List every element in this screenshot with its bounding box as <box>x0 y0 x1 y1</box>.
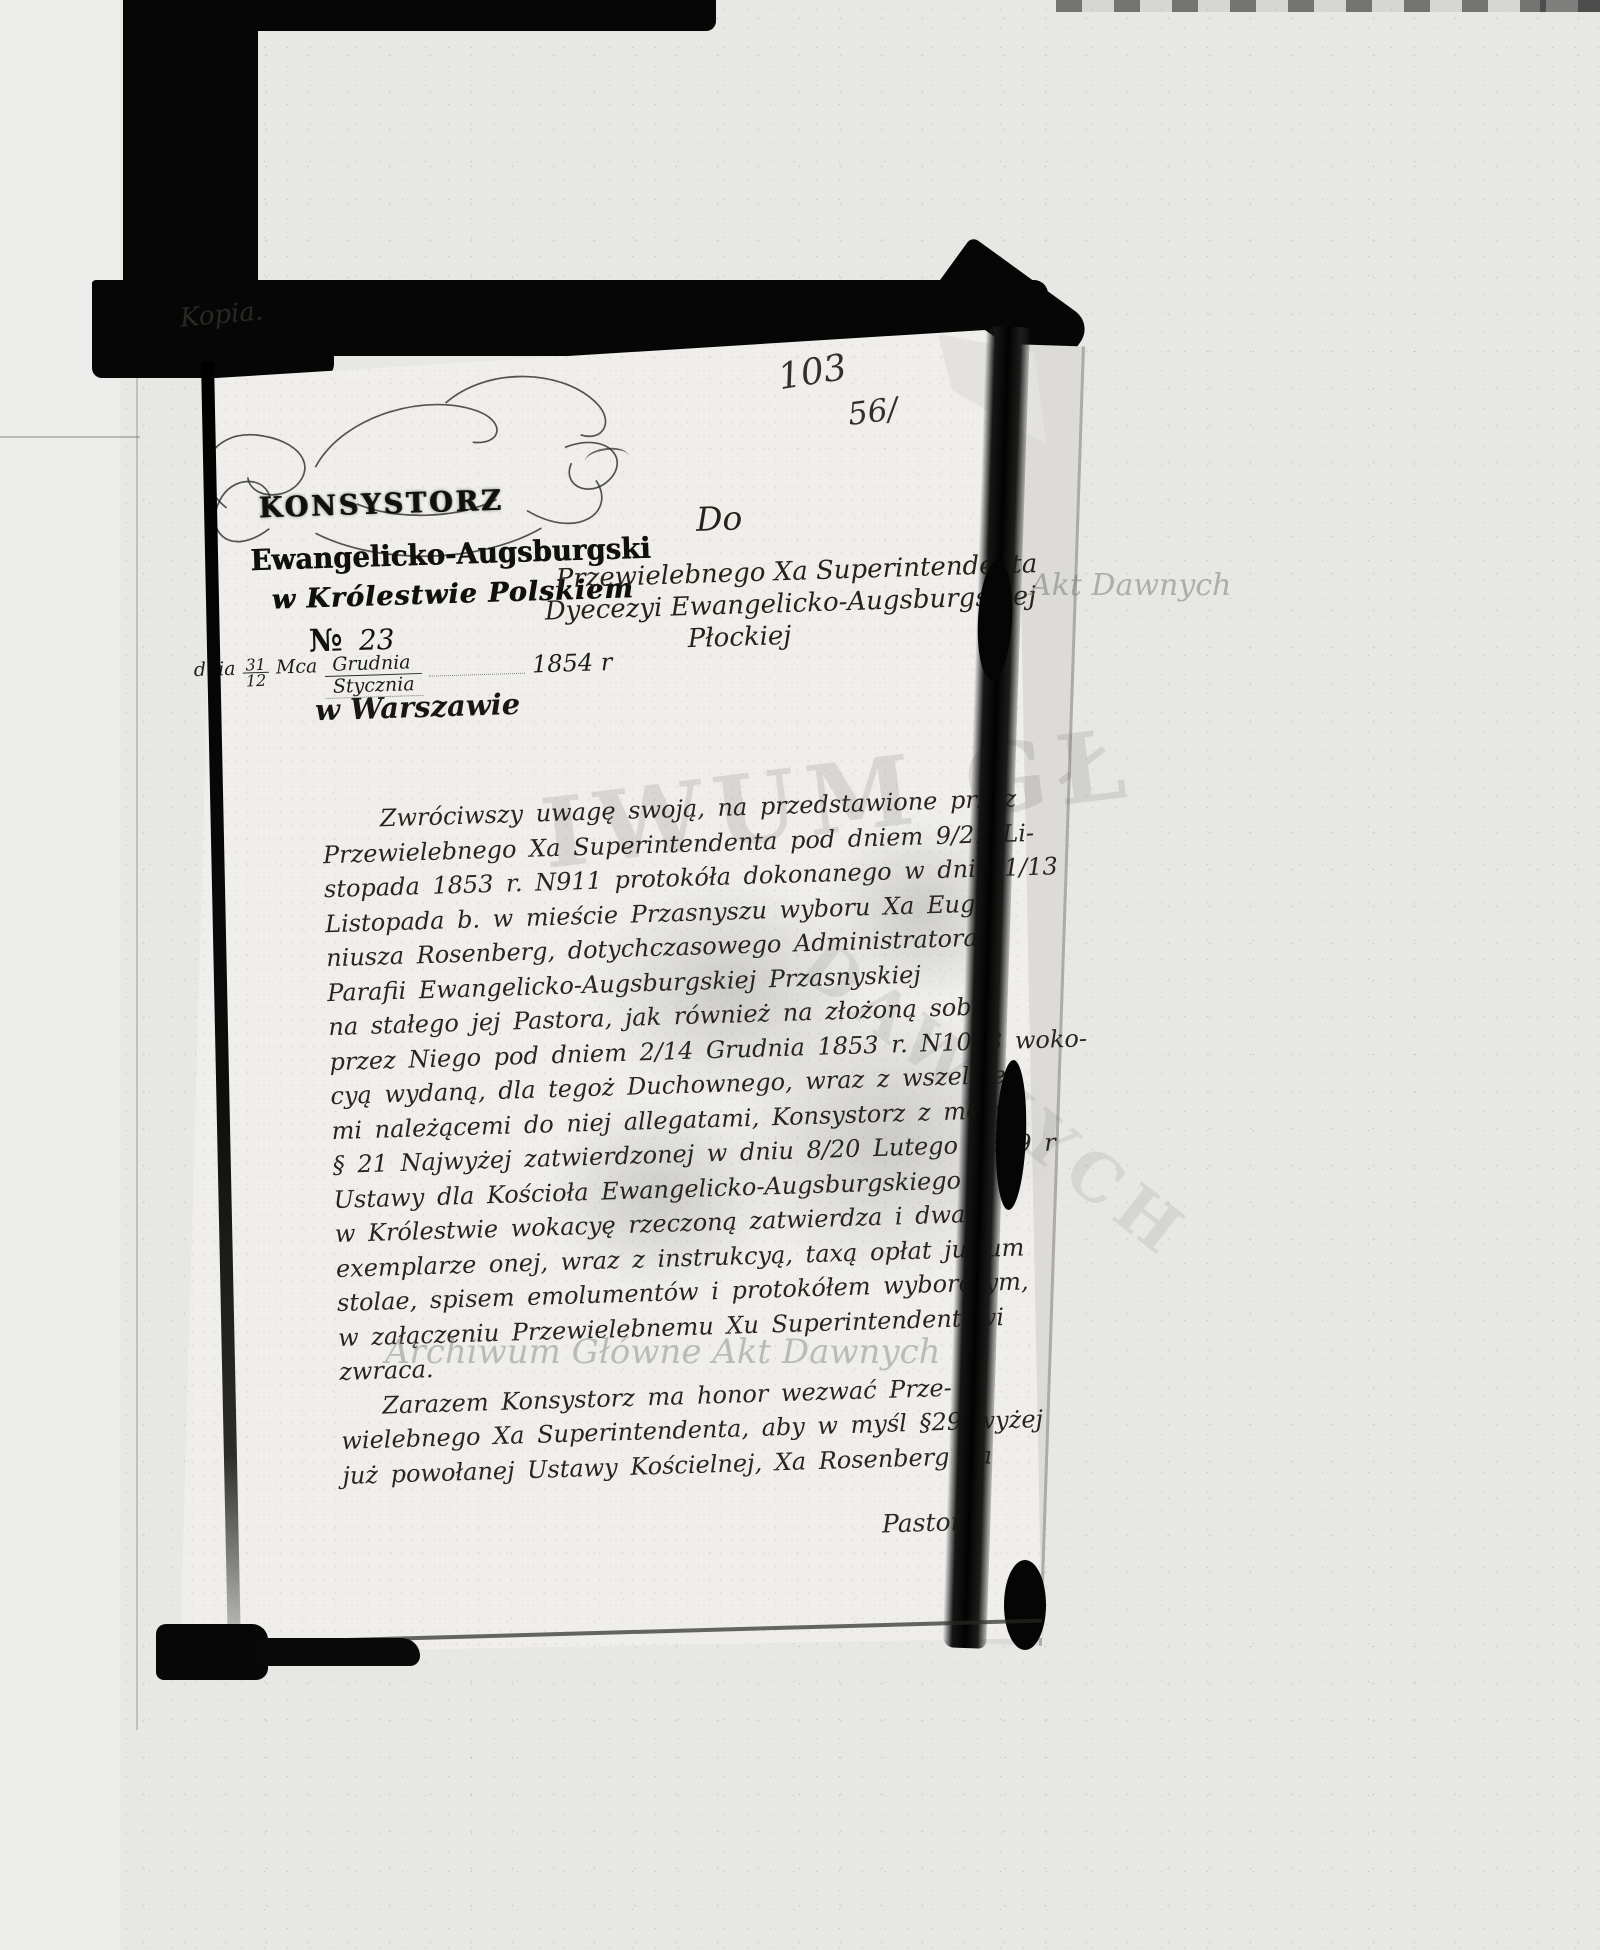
letterhead-place: w Warszawie <box>315 687 521 727</box>
film-black-blob-bottom <box>256 1638 420 1666</box>
address-salutation: Do <box>695 498 743 538</box>
date-day-bottom: 12 <box>243 673 270 689</box>
date-dotted-fill <box>429 649 526 677</box>
letter-body: Zwróciwszy uwagę swoją, na przedstawione… <box>321 781 1048 1493</box>
film-black-blob-bottom <box>156 1624 268 1680</box>
film-corner-mark <box>1540 0 1600 12</box>
address-block: Do Przewielebnego Xa Superintendenta Dye… <box>537 485 972 678</box>
spine-blot <box>1004 1560 1046 1650</box>
archive-watermark-top: Akt Dawnych <box>1030 568 1231 603</box>
file-number-56: 56/ <box>846 391 900 433</box>
film-top-edge-streaks <box>1056 0 1600 12</box>
film-horizontal-line <box>0 436 140 438</box>
address-line3: Płockiej <box>687 621 792 654</box>
date-month-marker: Mca <box>276 655 318 678</box>
microfilm-scan: IWUM GŁ DAWNYCH Kopia. 103 56/ KONSYSTOR… <box>0 0 1600 1950</box>
film-black-top-strip <box>236 0 716 31</box>
paragraph-1: Zwróciwszy uwagę swoją, na przedstawione… <box>321 781 1045 1389</box>
paragraph-2: Zarazem Konsystorz ma honor wezwać Prze-… <box>340 1367 1049 1493</box>
date-day-fraction: 31 12 <box>242 657 269 689</box>
archive-watermark-bottom: Archiwum Główne Akt Dawnych <box>385 1332 941 1372</box>
film-vertical-line <box>136 370 138 1730</box>
